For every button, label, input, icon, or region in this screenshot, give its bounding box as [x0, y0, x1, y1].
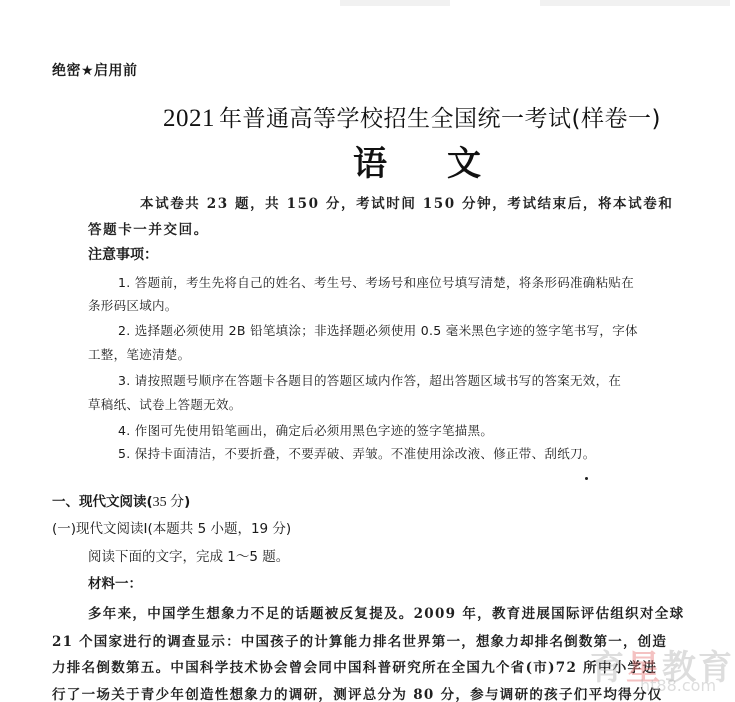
- subject-title: 语文: [353, 136, 481, 185]
- notice-item-5: 5. 保持卡面清洁，不要折叠，不要弄破、弄皱。不准使用涂改液、修正带、刮纸刀。: [118, 444, 596, 462]
- body-line-3: 力排名倒数第五。中国科学技术协会曾会同中国科普研究所在全国九个省(市)72 所中…: [52, 656, 657, 676]
- notice-item-2: 2. 选择题必须使用 2B 铅笔填涂；非选择题必须使用 0.5 毫米黑色字迹的签…: [118, 321, 638, 339]
- section-title-suffix: ): [184, 494, 190, 510]
- material-label: 材料一：: [88, 572, 142, 592]
- exam-year: 2021: [163, 105, 215, 132]
- exam-title: 2021年普通高等学校招生全国统一考试(样卷一): [163, 100, 661, 133]
- body-line-4: 行了一场关于青少年创造性想象力的调研，测评总分为 80 分，参与调研的孩子们平均…: [52, 683, 663, 702]
- watermark-char-a: 育: [590, 648, 626, 688]
- reading-instruction: 阅读下面的文字，完成 1～5 题。: [88, 545, 289, 565]
- subject-char-1: 语: [353, 144, 387, 184]
- watermark-url: ht88.com: [640, 676, 716, 695]
- exam-title-text: 年普通高等学校招生全国统一考试(样卷一): [219, 106, 661, 132]
- section-points: 35 分: [153, 495, 185, 510]
- body-line-1: 多年来，中国学生想象力不足的话题被反复提及。2009 年，教育进展国际评估组织对…: [88, 602, 684, 622]
- subsection-title: (一)现代文阅读Ⅰ(本题共 5 小题，19 分): [52, 517, 291, 537]
- scan-artifact: [340, 0, 450, 6]
- section-title-prefix: 一、现代文阅读(: [52, 494, 153, 510]
- body-line-2: 21 个国家进行的调查显示：中国孩子的计算能力排名世界第一，想象力却排名倒数第一…: [52, 630, 667, 650]
- notice-item-3-cont: 草稿纸、试卷上答题无效。: [88, 395, 242, 413]
- scan-artifact: [540, 0, 730, 6]
- subject-char-2: 文: [447, 144, 481, 184]
- notice-item-3: 3. 请按照题号顺序在答题卡各题目的答题区域内作答，超出答题区域书写的答案无效，…: [118, 371, 621, 389]
- section-title: 一、现代文阅读(35 分): [52, 490, 190, 511]
- notice-item-4: 4. 作图可先使用铅笔画出，确定后必须用黑色字迹的签字笔描黑。: [118, 421, 493, 439]
- notice-item-1-cont: 条形码区域内。: [88, 296, 178, 314]
- intro-line-1: 本试卷共 23 题，共 150 分，考试时间 150 分钟，考试结束后，将本试卷…: [140, 192, 673, 212]
- notice-heading: 注意事项：: [88, 244, 158, 264]
- confidential-label: 绝密★启用前: [52, 60, 138, 80]
- intro-line-2: 答题卡一并交回。: [88, 218, 209, 238]
- notice-item-2-cont: 工整，笔迹清楚。: [88, 345, 190, 363]
- scan-speck: [585, 477, 588, 480]
- notice-item-1: 1. 答题前，考生先将自己的姓名、考生号、考场号和座位号填写清楚，将条形码准确粘…: [118, 273, 634, 291]
- exam-page: 绝密★启用前 2021年普通高等学校招生全国统一考试(样卷一) 语文 本试卷共 …: [0, 0, 735, 702]
